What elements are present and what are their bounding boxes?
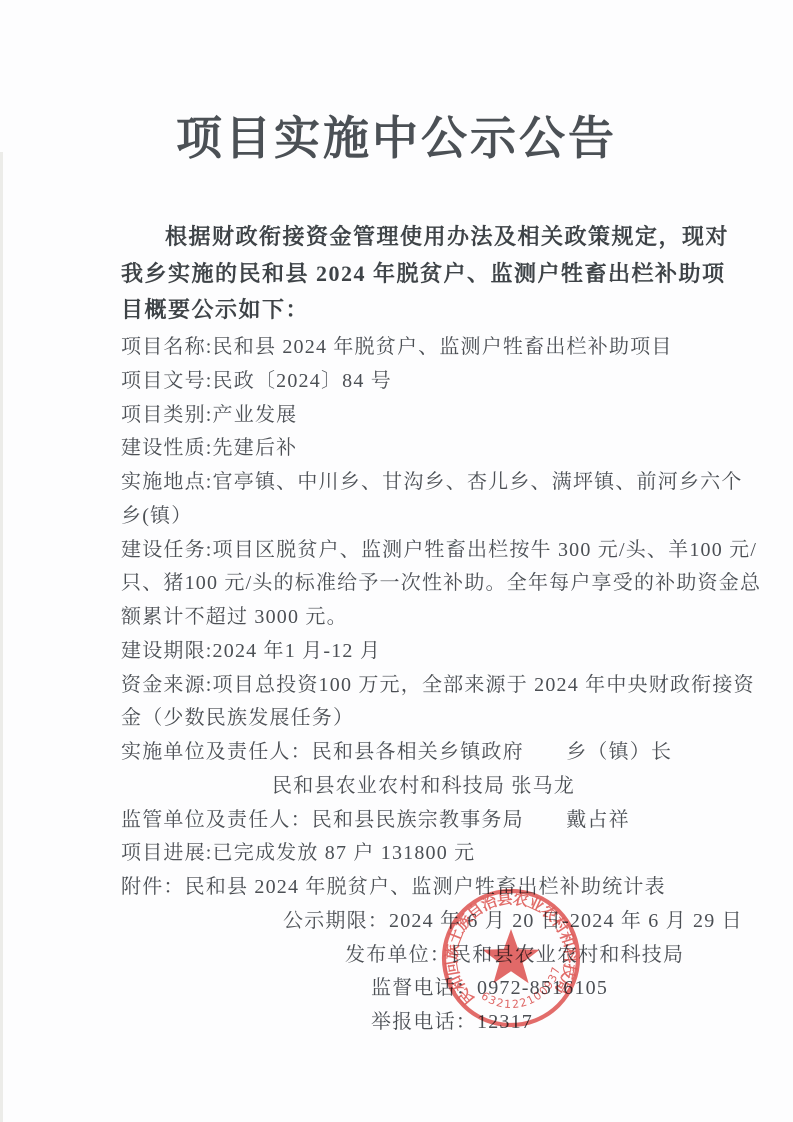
- construction-period-line: 建设期限:2024 年1 月-12 月: [121, 635, 706, 669]
- location-line: 实施地点:官亭镇、中川乡、甘沟乡、杏儿乡、满坪镇、前河乡六个: [121, 466, 706, 500]
- intro-line: 我乡实施的民和县 2024 年脱贫户、监测户牲畜出栏补助项: [121, 256, 691, 293]
- attachment-line: 附件：民和县 2024 年脱贫户、监测户牲畜出栏补助统计表: [121, 871, 706, 905]
- task-line-2: 只、猪100 元/头的标准给予一次性补助。全年每户享受的补助资金总: [121, 567, 706, 601]
- implementing-unit-line: 实施单位及责任人：民和县各相关乡镇政府 乡（镇）长: [121, 736, 706, 770]
- location-line-cont: 乡(镇）: [121, 500, 706, 534]
- intro-line: 根据财政衔接资金管理使用办法及相关政策规定，现对: [121, 219, 691, 256]
- intro-paragraph: 根据财政衔接资金管理使用办法及相关政策规定，现对 我乡实施的民和县 2024 年…: [121, 219, 691, 329]
- announcement-document: 项目实施中公示公告 根据财政衔接资金管理使用办法及相关政策规定，现对 我乡实施的…: [0, 0, 793, 1122]
- project-details: 项目名称:民和县 2024 年脱贫户、监测户牲畜出栏补助项目 项目文号:民政〔2…: [121, 331, 706, 1040]
- star-icon: [483, 929, 540, 983]
- funding-source-line-1: 资金来源:项目总投资100 万元，全部来源于 2024 年中央财政衔接资: [121, 669, 706, 703]
- issuing-unit-line: 发布单位：民和县农业农村和科技局: [121, 939, 706, 973]
- publicity-period-line: 公示期限：2024 年 6 月 20 日-2024 年 6 月 29 日: [121, 905, 706, 939]
- project-name-line: 项目名称:民和县 2024 年脱贫户、监测户牲畜出栏补助项目: [121, 331, 706, 365]
- funding-source-line-2: 金（少数民族发展任务）: [121, 702, 706, 736]
- scan-edge-artifact: [0, 152, 3, 1122]
- official-seal: 民和回族土族自治县农业农村和科技局 6321221009379: [436, 883, 586, 1033]
- supervising-unit-line: 监管单位及责任人：民和县民族宗教事务局 戴占祥: [121, 804, 706, 838]
- page-title: 项目实施中公示公告: [0, 102, 793, 168]
- intro-line: 目概要公示如下：: [121, 292, 691, 329]
- implementing-unit-line-2: 民和县农业农村和科技局 张马龙: [121, 770, 706, 804]
- task-line-1: 建设任务:项目区脱贫户、监测户牲畜出栏按牛 300 元/头、羊100 元/: [121, 534, 706, 568]
- doc-number-line: 项目文号:民政〔2024〕84 号: [121, 365, 706, 399]
- category-line: 项目类别:产业发展: [121, 399, 706, 433]
- supervision-phone-line: 监督电话：0972-8516105: [121, 972, 706, 1006]
- report-phone-line: 举报电话：12317: [121, 1006, 706, 1040]
- task-line-3: 额累计不超过 3000 元。: [121, 601, 706, 635]
- progress-line: 项目进展:已完成发放 87 户 131800 元: [121, 837, 706, 871]
- construction-nature-line: 建设性质:先建后补: [121, 432, 706, 466]
